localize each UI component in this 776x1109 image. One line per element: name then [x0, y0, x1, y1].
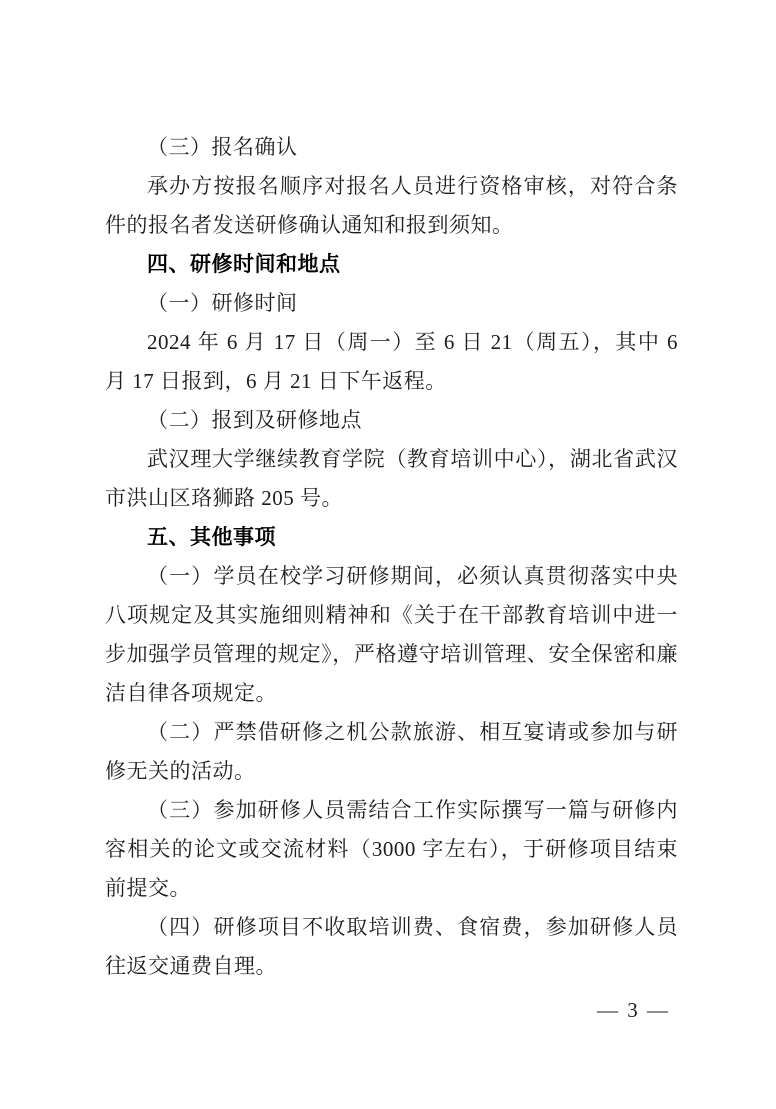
paragraph-other-item-2-prohibitions: （二）严禁借研修之机公款旅游、相互宴请或参加与研修无关的活动。 [105, 713, 678, 791]
document-page: （三）报名确认 承办方按报名顺序对报名人员进行资格审核，对符合条件的报名者发送研… [0, 0, 776, 1109]
paragraph-other-item-3-essay: （三）参加研修人员需结合工作实际撰写一篇与研修内容相关的论文或交流材料（3000… [105, 791, 678, 908]
paragraph-training-address: 武汉理大学继续教育学院（教育培训中心），湖北省武汉市洪山区珞狮路 205 号。 [105, 440, 678, 518]
subheading-registration-confirmation: （三）报名确认 [105, 128, 678, 167]
paragraph-other-item-1-discipline: （一）学员在校学习研修期间，必须认真贯彻落实中央八项规定及其实施细则精神和《关于… [105, 557, 678, 713]
heading-section-5-other-matters: 五、其他事项 [105, 518, 678, 557]
document-body: （三）报名确认 承办方按报名顺序对报名人员进行资格审核，对符合条件的报名者发送研… [105, 128, 678, 986]
subheading-checkin-and-location: （二）报到及研修地点 [105, 401, 678, 440]
paragraph-other-item-4-fees: （四）研修项目不收取培训费、食宿费，参加研修人员往返交通费自理。 [105, 908, 678, 986]
subheading-training-time: （一）研修时间 [105, 284, 678, 323]
paragraph-training-dates: 2024 年 6 月 17 日（周一）至 6 日 21（周五），其中 6 月 1… [105, 323, 678, 401]
paragraph-qualification-review: 承办方按报名顺序对报名人员进行资格审核，对符合条件的报名者发送研修确认通知和报到… [105, 167, 678, 245]
heading-section-4-time-and-location: 四、研修时间和地点 [105, 245, 678, 284]
page-number: — 3 — [597, 996, 670, 1024]
